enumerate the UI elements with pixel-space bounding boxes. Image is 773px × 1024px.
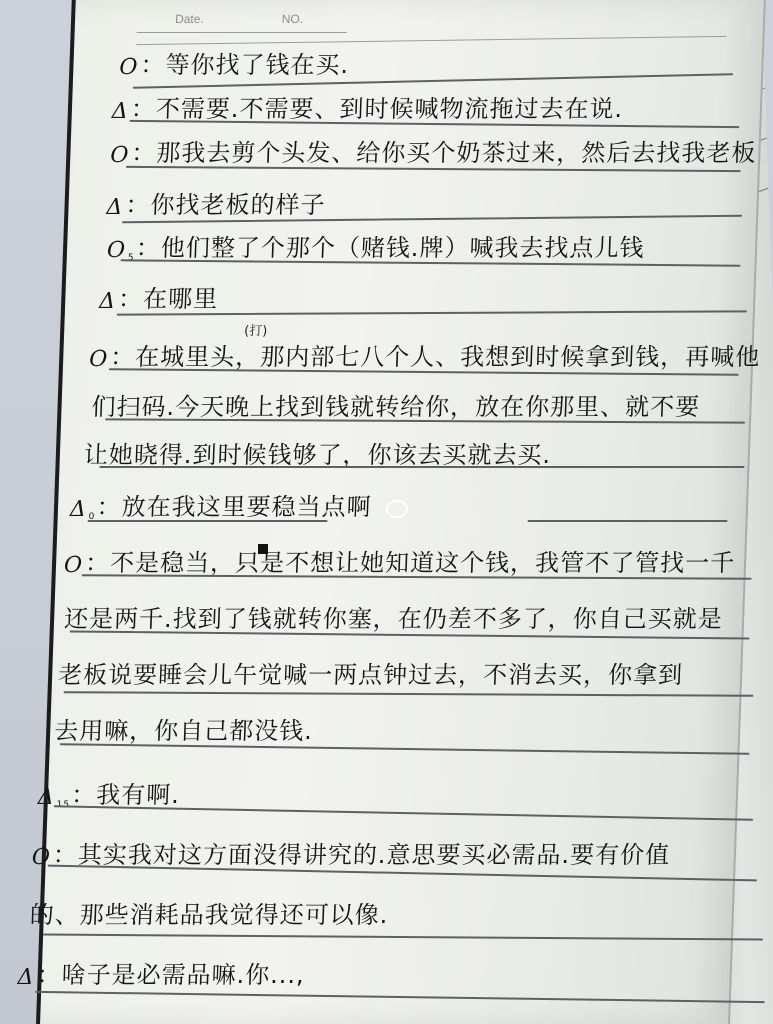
line-number: 5 — [128, 253, 135, 263]
line-text: 还是两千.找到了钱就转你塞，在仍差不多了，你自己买就是 — [64, 599, 724, 634]
line-text: 让她晓得.到时候钱够了，你该去买就去买. — [83, 435, 551, 470]
dialogue-line: 去用嘛，你自己都没钱. — [54, 708, 314, 746]
speaker-marker: Δ — [106, 195, 124, 220]
line-text: ：不是稳当，只是不想让她知道这个钱，我管不了管找一千 — [85, 543, 736, 578]
line-text: ：放在我这里要稳当点啊 — [96, 487, 372, 522]
dialogue-line: Δ ：你找老板的样子 — [106, 182, 326, 220]
ruled-line — [60, 743, 750, 754]
dialogue-line: O ：不是稳当，只是不想让她知道这个钱，我管不了管找一千 — [64, 540, 736, 578]
speaker-marker: O — [64, 553, 84, 578]
line-text: ：他们整了个那个（赌钱.牌）喊我去找点儿钱 — [135, 228, 645, 263]
dialogue-line: 的、那些消耗品我觉得还可以像. — [29, 892, 389, 930]
dialogue-line: 让她晓得.到时候钱够了，你该去买就去买. — [83, 432, 552, 470]
line-text: ：你找老板的样子 — [125, 185, 326, 220]
line-text: ：其实我对这方面没得讲究的.意思要买必需品.要有价值 — [52, 835, 670, 870]
speaker-marker: Δ — [37, 785, 55, 810]
ruled-line — [88, 520, 328, 522]
ruled-line — [99, 466, 744, 468]
dialogue-line: 老板说要睡会儿午觉喊一两点钟过去，不消去买，你拿到 — [58, 652, 684, 690]
watermark-logo-icon — [386, 500, 409, 518]
dialogue-line: Δ 15 ：我有啊. — [37, 772, 180, 810]
line-text: ：啥子是必需品嘛.你..., — [36, 955, 305, 990]
line-text: ：我有啊. — [71, 775, 181, 810]
dialogue-line: Δ ：不需要.不需要、到时候喊物流拖过去在说. — [111, 86, 623, 124]
line-text: ：等你找了钱在买. — [140, 45, 350, 80]
dialogue-line: O ：其实我对这方面没得讲究的.意思要买必需品.要有价值 — [31, 832, 671, 870]
line-text: ：在哪里 — [118, 279, 219, 314]
dialogue-line: Δ 0 ：放在我这里要稳当点啊 — [70, 484, 373, 522]
dialogue-line: O ：在城里头，那内部七八个人、我想到时候拿到钱，再喊他 — [89, 334, 761, 372]
speaker-marker: Δ — [99, 289, 117, 314]
dialogue-line: Δ ：在哪里 — [99, 276, 219, 314]
dialogue-line: O ：那我去剪个头发、给你买个奶茶过来，然后去找我老板 — [110, 130, 757, 168]
line-text: 老板说要睡会儿午觉喊一两点钟过去，不消去买，你拿到 — [58, 655, 684, 690]
speaker-marker: Δ — [111, 99, 129, 124]
handwritten-lines: O ：等你找了钱在买. Δ ：不需要.不需要、到时候喊物流拖过去在说. O ：那… — [40, 0, 766, 1024]
cursor-marker — [258, 544, 268, 554]
line-text: 的、那些消耗品我觉得还可以像. — [29, 895, 389, 930]
speaker-marker: O — [89, 347, 109, 372]
speaker-marker: Δ — [17, 965, 35, 990]
dialogue-line: 们扫码.今天晚上找到钱就转给你，放在你那里、就不要 — [91, 384, 701, 422]
ruled-line — [35, 991, 765, 1003]
speaker-marker: O — [110, 143, 130, 168]
dialogue-line: O 5 ：他们整了个那个（赌钱.牌）喊我去找点儿钱 — [107, 225, 646, 263]
notebook-page: Date. NO. O ：等你找了钱在买. Δ ：不需要.不需要、到时候喊物流拖… — [36, 0, 766, 1024]
speaker-marker: O — [31, 845, 51, 870]
ruled-line — [43, 933, 763, 940]
dialogue-line: O ：等你找了钱在买. — [119, 42, 350, 80]
line-text: ：在城里头，那内部七八个人、我想到时候拿到钱，再喊他 — [110, 337, 761, 372]
ruled-line — [64, 691, 754, 696]
line-text: ：那我去剪个头发、给你买个奶茶过来，然后去找我老板 — [131, 133, 757, 168]
dialogue-line: 还是两千.找到了钱就转你塞，在仍差不多了，你自己买就是 — [64, 596, 724, 634]
speaker-marker: O — [119, 55, 139, 80]
line-text: 去用嘛，你自己都没钱. — [54, 711, 314, 746]
ruled-line — [54, 805, 753, 820]
ruled-line — [528, 520, 728, 522]
notebook-photo: Date. NO. O ：等你找了钱在买. Δ ：不需要.不需要、到时候喊物流拖… — [0, 0, 773, 1024]
dialogue-line: Δ ：啥子是必需品嘛.你..., — [17, 952, 305, 990]
speaker-marker: Δ — [70, 497, 88, 522]
line-text: ：不需要.不需要、到时候喊物流拖过去在说. — [130, 89, 623, 124]
line-text: 们扫码.今天晚上找到钱就转给你，放在你那里、就不要 — [91, 387, 701, 422]
